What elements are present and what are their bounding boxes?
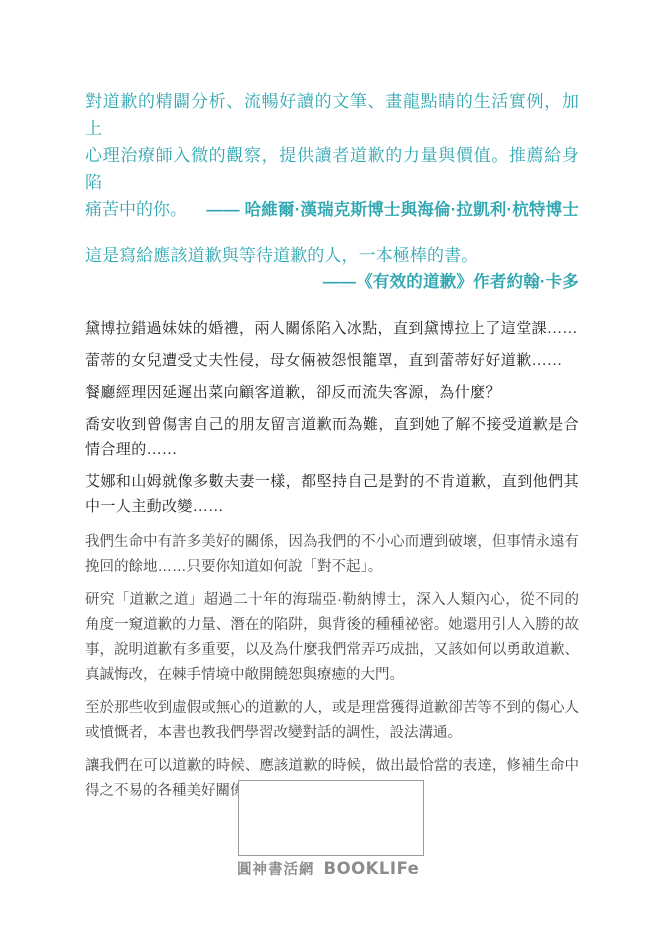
publisher-site-label: 圓神書活網 [237,858,315,879]
publisher-footer: 圓神書活網 BOOKLIFe [237,858,419,879]
description-paragraph: 我們生命中有許多美好的關係，因為我們的不小心而遭到破壞，但事情永遠有挽回的餘地…… [85,530,579,580]
story-item: 黛博拉錯過妹妹的婚禮，兩人關係陷入冰點，直到黛博拉上了這堂課…… [85,317,579,342]
quote2-attribution: ——《有效的道歉》作者約翰·卡多 [323,273,579,291]
page-content: 對道歉的精闢分析、流暢好讀的文筆、畫龍點睛的生活實例，加上 心理治療師入微的觀察… [85,88,579,812]
quote1-last-line: 痛苦中的你。 —— 哈維爾·漢瑞克斯博士與海倫·拉凱利·杭特博士 [85,196,579,224]
endorsement-quote-2: 這是寫給應該道歉與等待道歉的人，一本極棒的書。 ——《有效的道歉》作者約翰·卡多 [85,242,579,296]
book-description: 我們生命中有許多美好的關係，因為我們的不小心而遭到破壞，但事情永遠有挽回的餘地…… [85,530,579,804]
barcode-placeholder-box [238,780,424,856]
story-item: 蕾蒂的女兒遭受丈夫性侵，母女倆被怨恨籠罩，直到蕾蒂好好道歉…… [85,349,579,374]
description-paragraph: 研究「道歉之道」超過二十年的海瑞亞·勒納博士，深入人類內心，從不同的角度一窺道歉… [85,588,579,688]
quote1-line1: 對道歉的精闢分析、流暢好讀的文筆、畫龍點睛的生活實例，加上 [85,88,579,142]
book-back-cover-page: 對道歉的精闢分析、流暢好讀的文筆、畫龍點睛的生活實例，加上 心理治療師入微的觀察… [0,0,663,932]
quote2-attribution-line: ——《有效的道歉》作者約翰·卡多 [85,269,579,296]
quote1-line3: 痛苦中的你。 [85,196,187,223]
story-item: 艾娜和山姆就像多數夫妻一樣，都堅持自己是對的不肯道歉，直到他們其中一人主動改變…… [85,470,579,520]
quote1-attribution: —— 哈維爾·漢瑞克斯博士與海倫·拉凱利·杭特博士 [206,197,579,224]
booklife-logo: BOOKLIFe [324,859,420,878]
story-item: 餐廳經理因延遲出菜向顧客道歉，卻反而流失客源，為什麼？ [85,381,579,406]
description-paragraph: 至於那些收到虛假或無心的道歉的人，或是理當獲得道歉卻苦等不到的傷心人或憤慨者，本… [85,696,579,746]
story-teaser-list: 黛博拉錯過妹妹的婚禮，兩人關係陷入冰點，直到黛博拉上了這堂課…… 蕾蒂的女兒遭受… [85,317,579,520]
quote2-text: 這是寫給應該道歉與等待道歉的人，一本極棒的書。 [85,242,579,269]
story-item: 喬安收到曾傷害自己的朋友留言道歉而為難，直到她了解不接受道歉是合情合理的…… [85,413,579,463]
quote1-line2: 心理治療師入微的觀察，提供讀者道歉的力量與價值。推薦給身陷 [85,142,579,196]
endorsement-quote-1: 對道歉的精闢分析、流暢好讀的文筆、畫龍點睛的生活實例，加上 心理治療師入微的觀察… [85,88,579,224]
